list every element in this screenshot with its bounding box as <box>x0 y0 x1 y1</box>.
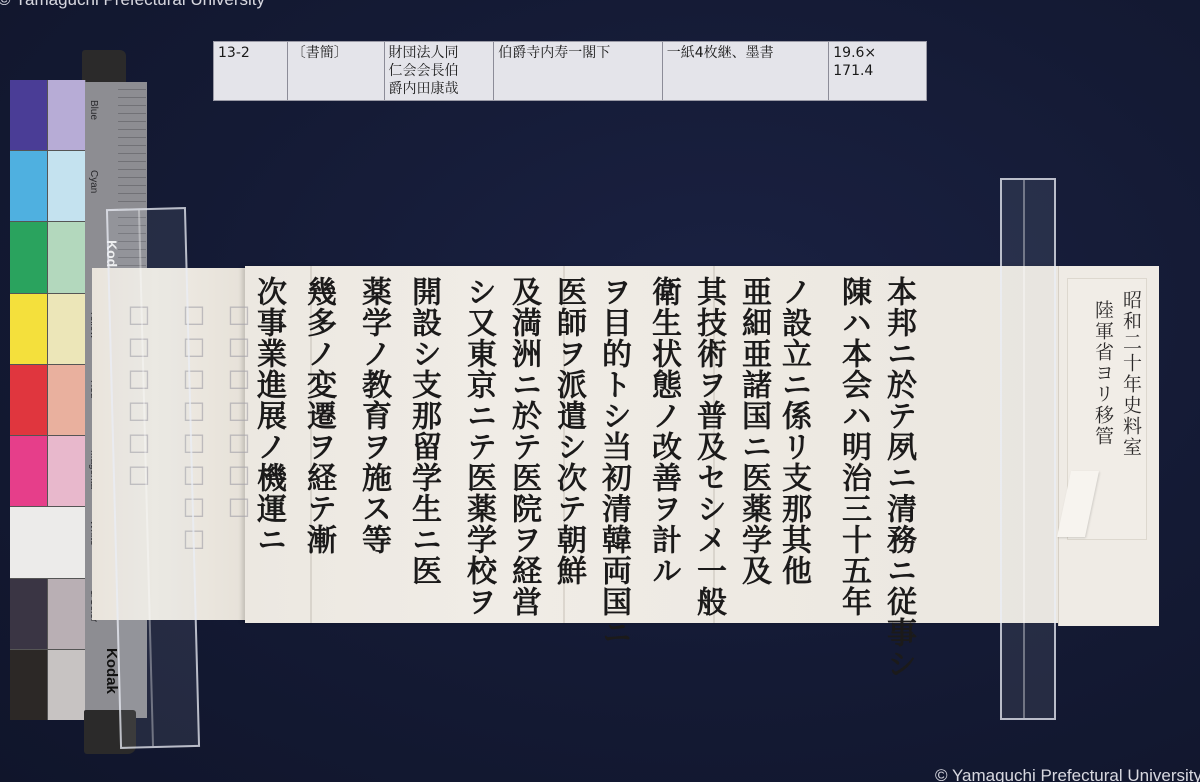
swatch-blue <box>48 80 85 150</box>
swatch-green <box>48 222 85 292</box>
catalog-label-cell: 19.6× 171.4 <box>829 42 926 100</box>
manuscript-column: 本邦ニ於テ夙ニ清務ニ従事シ <box>880 276 916 679</box>
catalog-label: 13-2〔書簡〕財団法人同 仁会会長伯 爵内田康哉伯爵寺内寿一閣下一紙4枚継、墨… <box>213 41 927 101</box>
manuscript-column: 亜細亜諸国ニ医薬学及 <box>735 276 771 586</box>
swatch-red <box>48 365 85 435</box>
manuscript-column: 其技術ヲ普及セシメ一般 <box>690 276 726 617</box>
swatch-yellow <box>10 294 47 364</box>
slip-text-column: 陸軍省ヨリ移管 <box>1090 300 1117 447</box>
catalog-label-cell: 一紙4枚継、墨書 <box>663 42 830 100</box>
copyright-watermark-top: © Yamaguchi Prefectural University <box>0 0 265 10</box>
swatch-cyan <box>48 151 85 221</box>
swatch-magenta <box>48 436 85 506</box>
manuscript-column: 次事業進展ノ機運ニ <box>250 276 286 555</box>
catalog-label-cell: 伯爵寺内寿一閣下 <box>494 42 663 100</box>
manuscript-column: 幾多ノ変遷ヲ経テ漸 <box>300 276 336 555</box>
manuscript-column: 薬学ノ教育ヲ施ス等 <box>355 276 391 555</box>
chart-label: Cyan <box>88 170 99 193</box>
manuscript-column: 衛生状態ノ改善ヲ計ル <box>645 276 681 586</box>
tape-top <box>82 50 126 86</box>
manuscript-column: 及満洲ニ於テ医院ヲ経営 <box>505 276 541 617</box>
catalog-label-cell: 〔書簡〕 <box>288 42 385 100</box>
chart-label: Blue <box>88 100 99 120</box>
acrylic-weight-left <box>106 207 200 749</box>
catalog-label-cell: 財団法人同 仁会会長伯 爵内田康哉 <box>385 42 495 100</box>
swatch-yellow <box>48 294 85 364</box>
swatch-green <box>10 222 47 292</box>
acrylic-weight-right <box>1000 178 1056 720</box>
manuscript-column: ヲ目的トシ当初清韓両国ニ <box>595 276 631 648</box>
manuscript-column: ノ設立ニ係リ支那其他 <box>775 276 811 586</box>
manuscript-column: 陳ハ本会ハ明治三十五年 <box>835 276 871 617</box>
swatch-black <box>10 650 47 720</box>
swatch-blue <box>10 80 47 150</box>
manuscript-column: 医師ヲ派遣シ次テ朝鮮 <box>550 276 586 586</box>
faint-text-column: □□□□□□□ <box>225 300 253 524</box>
color-chart <box>10 80 86 720</box>
swatch-3color <box>10 579 47 649</box>
slip-text-column: 昭和二十年史料室 <box>1118 290 1145 458</box>
catalog-label-cell: 13-2 <box>214 42 288 100</box>
copyright-watermark-bottom: © Yamaguchi Prefectural University <box>935 766 1200 782</box>
swatch-3color <box>48 579 85 649</box>
swatch-magenta <box>10 436 47 506</box>
manuscript-column: シ又東京ニテ医薬学校ヲ <box>460 276 496 617</box>
swatch-black <box>48 650 85 720</box>
swatch-cyan <box>10 151 47 221</box>
swatch-white <box>10 507 85 577</box>
manuscript-column: 開設シ支那留学生ニ医 <box>405 276 441 586</box>
swatch-red <box>10 365 47 435</box>
